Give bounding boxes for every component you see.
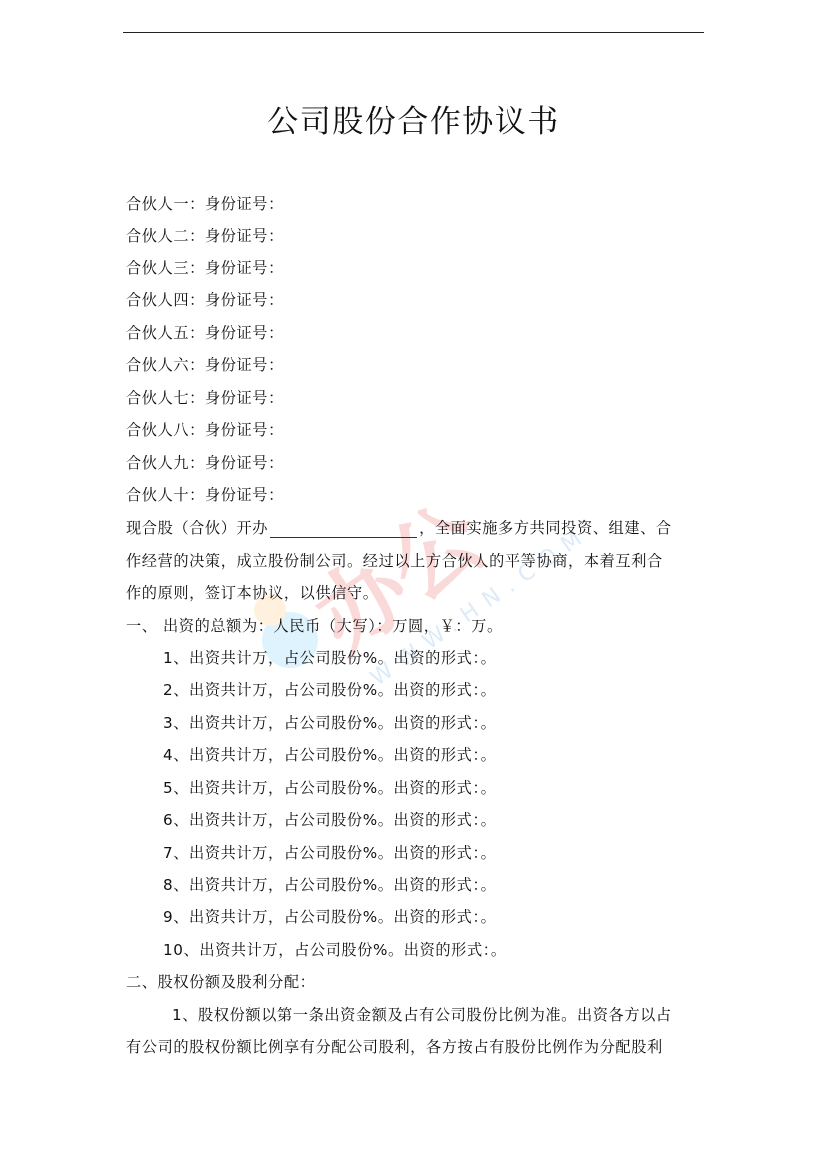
investment-item-6: 6、出资共计万，占公司股份%。出资的形式：。 xyxy=(163,810,496,830)
id-label: 身份证号： xyxy=(205,356,284,374)
partner-label: 合伙人二： xyxy=(126,227,205,245)
id-label: 身份证号： xyxy=(205,421,284,439)
intro-line-2: 作经营的决策，成立股份制公司。经过以上方合伙人的平等协商，本着互利合 xyxy=(126,551,663,571)
section1-heading: 一、 出资的总额为：人民币（大写）：万圆，￥：万。 xyxy=(126,616,503,636)
section2-heading: 二、股权份额及股利分配： xyxy=(126,972,315,992)
partner-label: 合伙人四： xyxy=(126,291,205,309)
id-label: 身份证号： xyxy=(205,454,284,472)
partner-label: 合伙人九： xyxy=(126,454,205,472)
partner-line-7: 合伙人七：身份证号： xyxy=(126,388,284,408)
partner-line-10: 合伙人十：身份证号： xyxy=(126,485,284,505)
svg-text:办公: 办公 xyxy=(296,484,504,673)
partner-label: 合伙人八： xyxy=(126,421,205,439)
partner-label: 合伙人一： xyxy=(126,195,205,213)
intro-line-1: 现合股（合伙）开办，全面实施多方共同投资、组建、合 xyxy=(126,518,672,538)
intro-line-3: 作的原则，签订本协议，以供信守。 xyxy=(126,583,379,603)
investment-item-4: 4、出资共计万，占公司股份%。出资的形式：。 xyxy=(163,745,496,765)
partner-label: 合伙人五： xyxy=(126,324,205,342)
id-label: 身份证号： xyxy=(205,259,284,277)
header-rule xyxy=(123,32,704,33)
intro-suffix: ，全面实施多方共同投资、组建、合 xyxy=(419,519,672,537)
partner-line-5: 合伙人五：身份证号： xyxy=(126,323,284,343)
company-name-blank[interactable] xyxy=(270,521,417,538)
partner-label: 合伙人七： xyxy=(126,389,205,407)
partner-line-3: 合伙人三：身份证号： xyxy=(126,258,284,278)
partner-line-6: 合伙人六：身份证号： xyxy=(126,355,284,375)
id-label: 身份证号： xyxy=(205,291,284,309)
partner-line-8: 合伙人八：身份证号： xyxy=(126,420,284,440)
investment-item-2: 2、出资共计万，占公司股份%。出资的形式：。 xyxy=(163,680,496,700)
partner-label: 合伙人十： xyxy=(126,486,205,504)
id-label: 身份证号： xyxy=(205,324,284,342)
investment-item-9: 9、出资共计万，占公司股份%。出资的形式：。 xyxy=(163,907,496,927)
section2-para1-line1: 1、股权份额以第一条出资金额及占有公司股份比例为准。出资各方以占 xyxy=(172,1005,672,1025)
investment-item-3: 3、出资共计万，占公司股份%。出资的形式：。 xyxy=(163,713,496,733)
partner-line-4: 合伙人四：身份证号： xyxy=(126,290,284,310)
document-title: 公司股份合作协议书 xyxy=(0,102,827,142)
intro-prefix: 现合股（合伙）开办 xyxy=(126,519,268,537)
investment-item-5: 5、出资共计万，占公司股份%。出资的形式：。 xyxy=(163,778,496,798)
section2-para1-line2: 有公司的股权份额比例享有分配公司股利，各方按占有股份比例作为分配股利 xyxy=(126,1037,663,1057)
investment-item-1: 1、出资共计万，占公司股份%。出资的形式：。 xyxy=(163,648,496,668)
partner-label: 合伙人六： xyxy=(126,356,205,374)
partner-line-9: 合伙人九：身份证号： xyxy=(126,453,284,473)
partner-line-1: 合伙人一：身份证号： xyxy=(126,194,284,214)
partner-label: 合伙人三： xyxy=(126,259,205,277)
investment-item-10: 10、出资共计万，占公司股份%。出资的形式：。 xyxy=(163,940,507,960)
partner-line-2: 合伙人二：身份证号： xyxy=(126,226,284,246)
id-label: 身份证号： xyxy=(205,486,284,504)
investment-item-8: 8、出资共计万，占公司股份%。出资的形式：。 xyxy=(163,875,496,895)
id-label: 身份证号： xyxy=(205,227,284,245)
investment-item-7: 7、出资共计万，占公司股份%。出资的形式：。 xyxy=(163,843,496,863)
id-label: 身份证号： xyxy=(205,195,284,213)
id-label: 身份证号： xyxy=(205,389,284,407)
